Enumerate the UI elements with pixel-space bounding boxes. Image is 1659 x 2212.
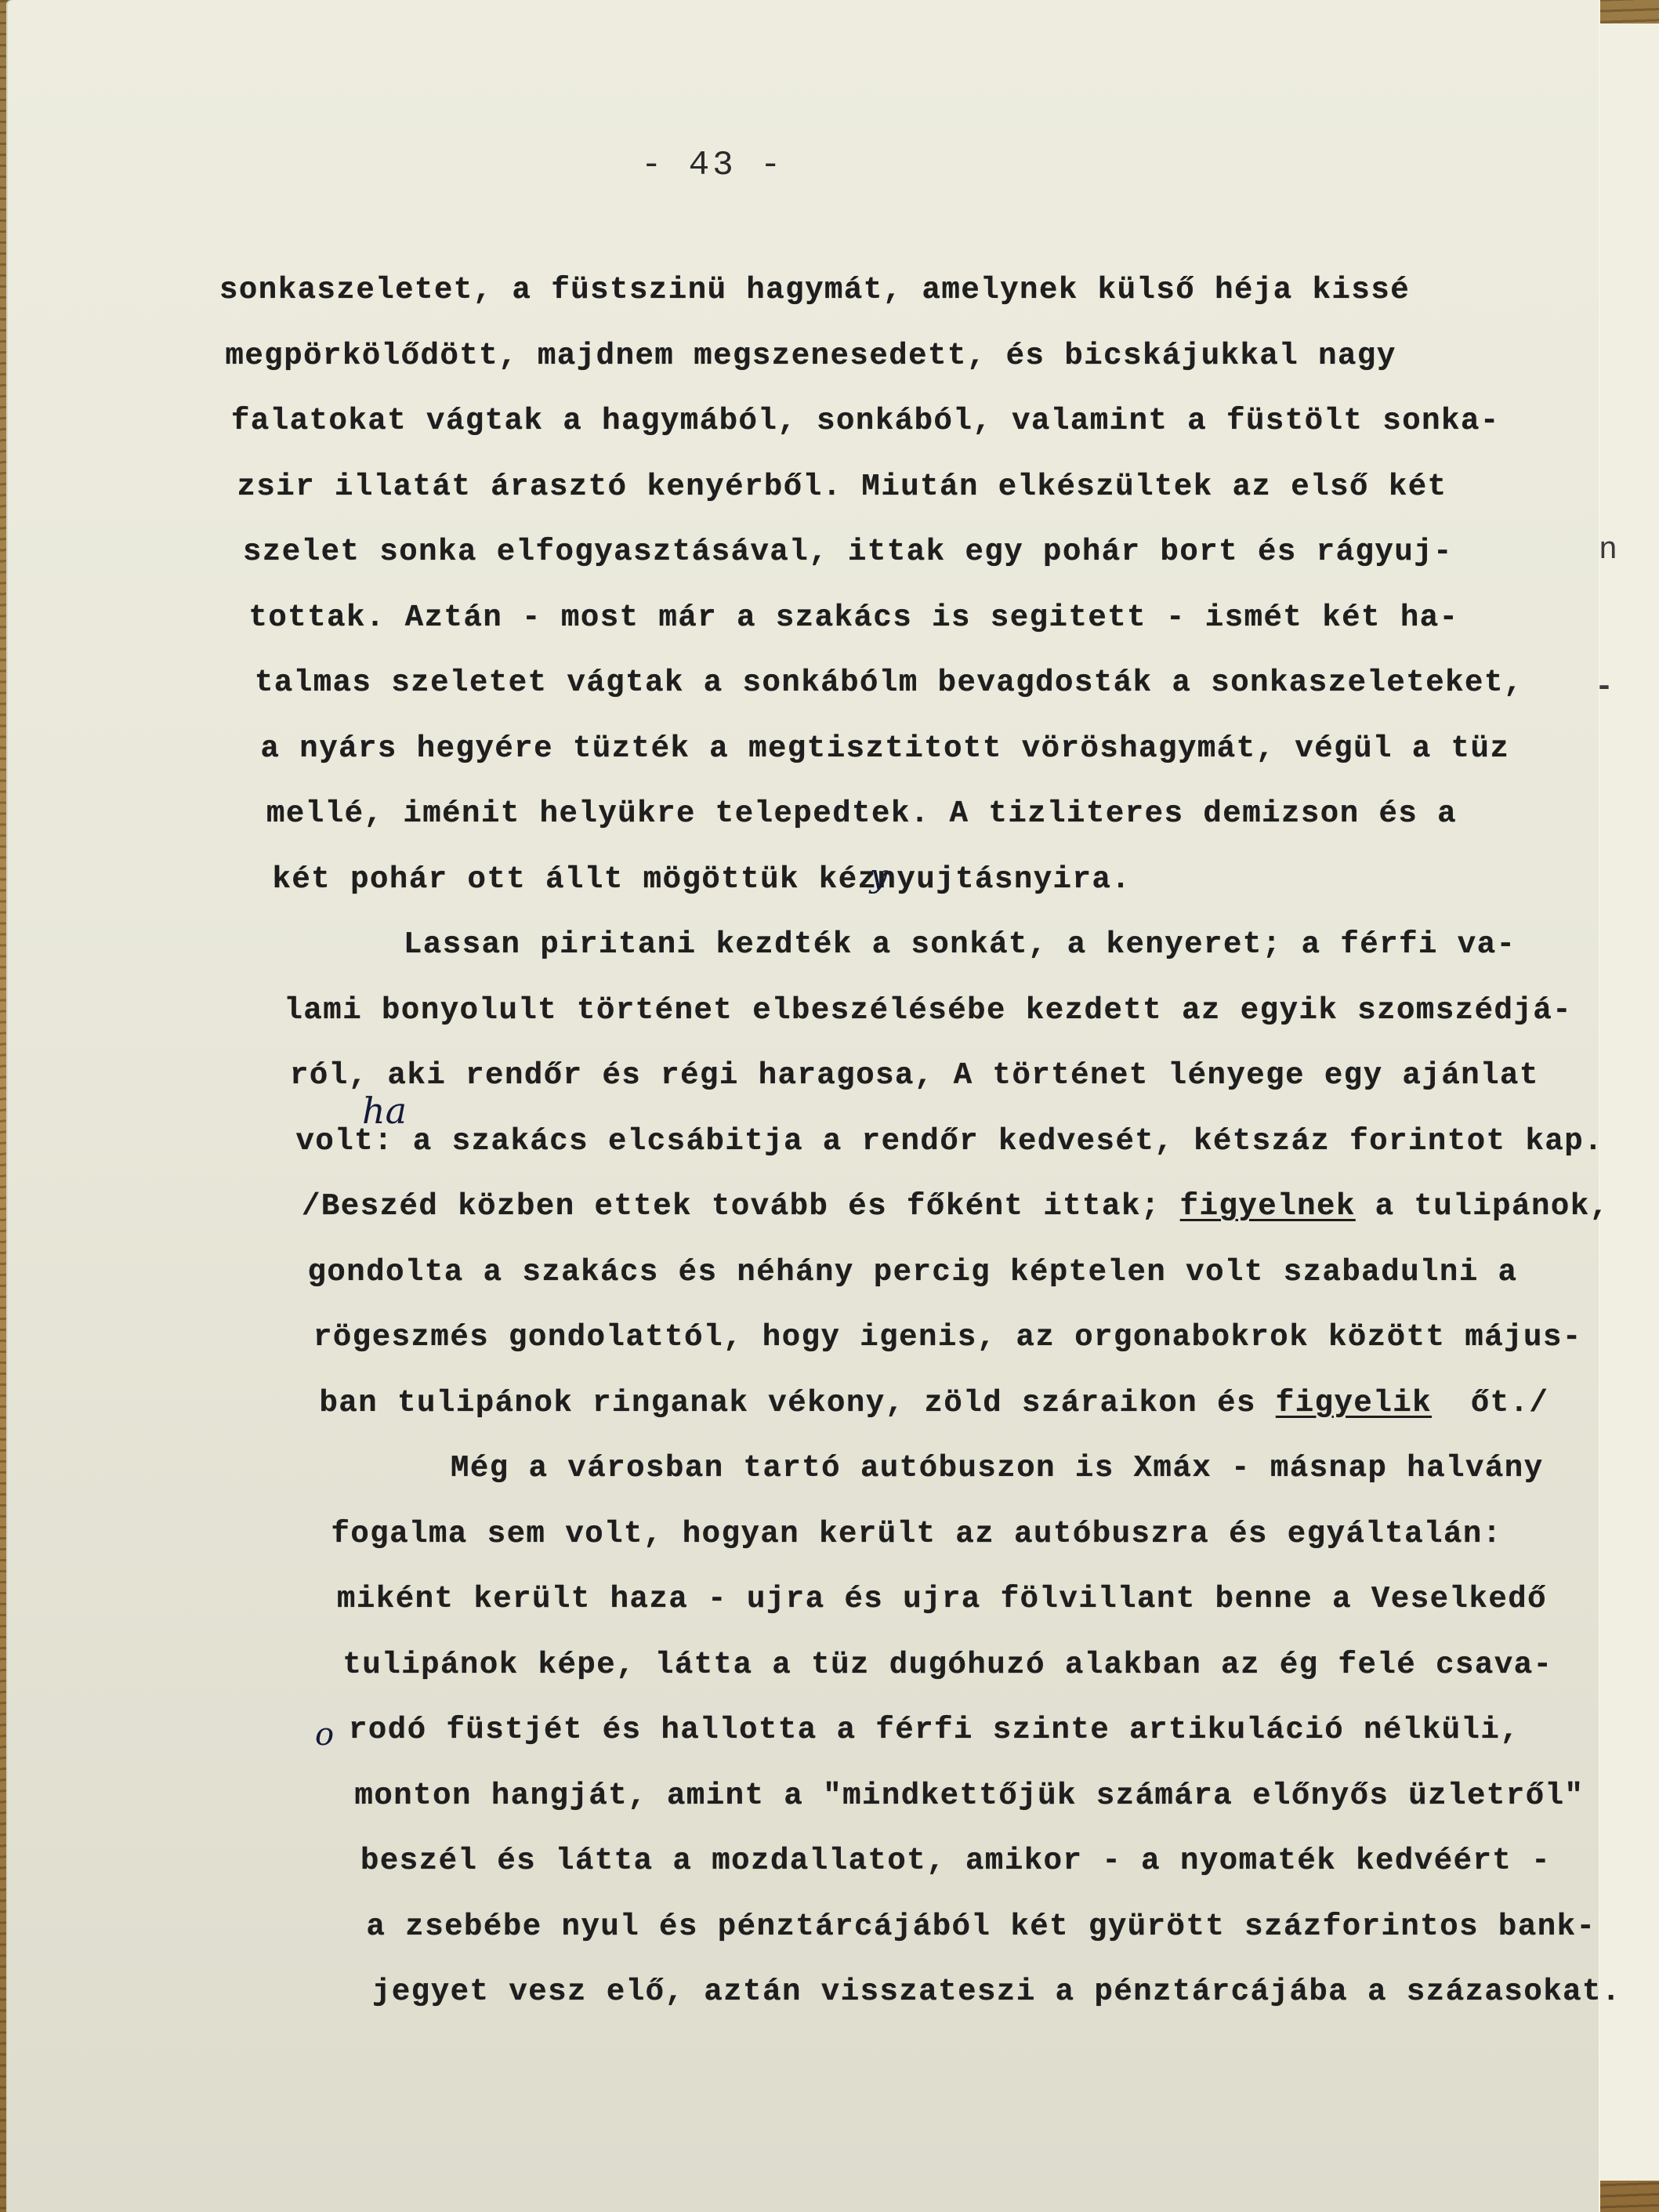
text-line: miként került haza - ujra és ujra fölvil… bbox=[337, 1579, 1547, 1619]
text-line: talmas szeletet vágtak a sonkábólm bevag… bbox=[255, 663, 1523, 702]
text-line: beszél és látta a mozdallatot, amikor - … bbox=[360, 1841, 1551, 1880]
text-line: a zsebébe nyul és pénztárcájából két gyü… bbox=[367, 1907, 1596, 1946]
text-line: volt: a szakács elcsábitja a rendőr kedv… bbox=[296, 1122, 1604, 1161]
text-line: fogalma sem volt, hogyan került az autób… bbox=[331, 1514, 1502, 1554]
text-line: tulipánok képe, látta a tüz dugóhuzó ala… bbox=[343, 1645, 1553, 1684]
text-line: tottak. Aztán - most már a szakács is se… bbox=[249, 598, 1459, 637]
typewritten-page: - 43 - sonkaszeletet, a füstszinü hagymá… bbox=[8, 0, 1599, 2212]
text-line: zsir illatát árasztó kenyérből. Miután e… bbox=[237, 467, 1447, 506]
handwritten-annotation: ha bbox=[362, 1090, 407, 1132]
underlying-sheet-mark: n bbox=[1599, 533, 1617, 568]
underlying-sheet-mark: - bbox=[1595, 670, 1614, 705]
text-line: megpörkölődött, majdnem megszenesedett, … bbox=[226, 336, 1396, 375]
text-line: ban tulipánok ringanak vékony, zöld szár… bbox=[320, 1383, 1549, 1423]
text-line: két pohár ott állt mögöttük kéznyujtásny… bbox=[273, 860, 1132, 899]
handwritten-annotation: o bbox=[315, 1717, 334, 1753]
text-line: jegyet vesz elő, aztán visszateszi a pén… bbox=[372, 1972, 1621, 2011]
text-line: sonkaszeletet, a füstszinü hagymát, amel… bbox=[219, 270, 1410, 310]
text-line: lami bonyolult történet elbeszélésébe ke… bbox=[284, 991, 1573, 1030]
page-number: - 43 - bbox=[641, 146, 784, 185]
text-line: szelet sonka elfogyasztásával, ittak egy… bbox=[243, 532, 1453, 571]
handwritten-annotation: y bbox=[870, 858, 888, 894]
underlined-word: figyelik bbox=[1276, 1386, 1432, 1420]
text-line: falatokat vágtak a hagymából, sonkából, … bbox=[231, 401, 1500, 441]
text-line: mellé, iménit helyükre telepedtek. A tiz… bbox=[266, 794, 1457, 833]
text-line: rögeszmés gondolattól, hogy igenis, az o… bbox=[313, 1318, 1582, 1357]
text-line: /Beszéd közben ettek tovább és főként it… bbox=[302, 1187, 1610, 1226]
text-line: Lassan piritani kezdték a sonkát, a keny… bbox=[404, 925, 1516, 964]
text-line: ról, aki rendőr és régi haragosa, A tört… bbox=[290, 1056, 1539, 1095]
text-line: a nyárs hegyére tüzték a megtisztitott v… bbox=[261, 729, 1510, 768]
text-line: gondolta a szakács és néhány percig képt… bbox=[308, 1253, 1518, 1292]
text-line: Még a városban tartó autóbuszon is Xmáx … bbox=[451, 1449, 1544, 1488]
underlined-word: figyelnek bbox=[1180, 1189, 1356, 1224]
text-line: rodó füstjét és hallotta a férfi szinte … bbox=[349, 1710, 1520, 1750]
text-line: monton hangját, amint a "mindkettőjük sz… bbox=[355, 1776, 1585, 1815]
